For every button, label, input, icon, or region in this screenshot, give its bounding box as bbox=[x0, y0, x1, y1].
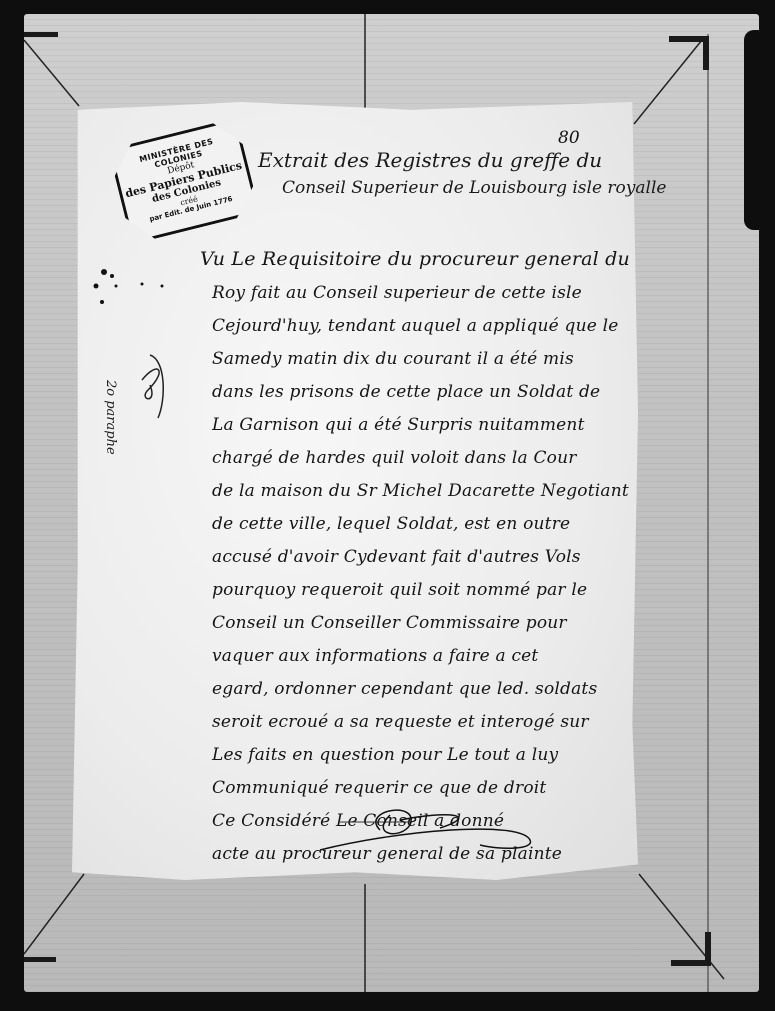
signature-flourish-icon bbox=[300, 800, 540, 860]
heading-line-1: Extrait des Registres du greffe du bbox=[258, 148, 602, 172]
body-line: seroit ecroué a sa requeste et interogé … bbox=[212, 712, 589, 732]
body-line: Cejourd'huy, tendant auquel a appliqué q… bbox=[212, 316, 619, 336]
body-line: accusé d'avoir Cydevant fait d'autres Vo… bbox=[212, 547, 581, 567]
body-line: de cette ville, lequel Soldat, est en ou… bbox=[212, 514, 570, 534]
body-line: Conseil un Conseiller Commissaire pour bbox=[212, 613, 567, 633]
body-line: vaquer aux informations a faire a cet bbox=[212, 646, 538, 666]
body-line: Communiqué requerir ce que de droit bbox=[212, 778, 546, 798]
body-line: dans les prisons de cette place un Solda… bbox=[212, 382, 600, 402]
folio-number: 80 bbox=[558, 128, 580, 148]
margin-paraph-icon bbox=[128, 350, 168, 420]
body-line: Les faits en question pour Le tout a luy bbox=[212, 745, 558, 765]
ink-blots bbox=[92, 268, 172, 308]
body-line: chargé de hardes quil voloit dans la Cou… bbox=[212, 448, 577, 468]
heading-line-2: Conseil Superieur de Louisbourg isle roy… bbox=[282, 178, 666, 198]
body-line: pourquoy requeroit quil soit nommé par l… bbox=[212, 580, 587, 600]
body-line: egard, ordonner cependant que led. solda… bbox=[212, 679, 597, 699]
body-line: Vu Le Requisitoire du procureur general … bbox=[200, 248, 630, 270]
body-line: La Garnison qui a été Surpris nuitamment bbox=[212, 415, 585, 435]
body-line: Samedy matin dix du courant il a été mis bbox=[212, 349, 574, 369]
scan-edge-shadow bbox=[744, 30, 764, 230]
body-line: de la maison du Sr Michel Dacarette Nego… bbox=[212, 481, 629, 501]
margin-annotation: 2o paraphe bbox=[103, 380, 118, 455]
body-line: Roy fait au Conseil superieur de cette i… bbox=[212, 283, 582, 303]
